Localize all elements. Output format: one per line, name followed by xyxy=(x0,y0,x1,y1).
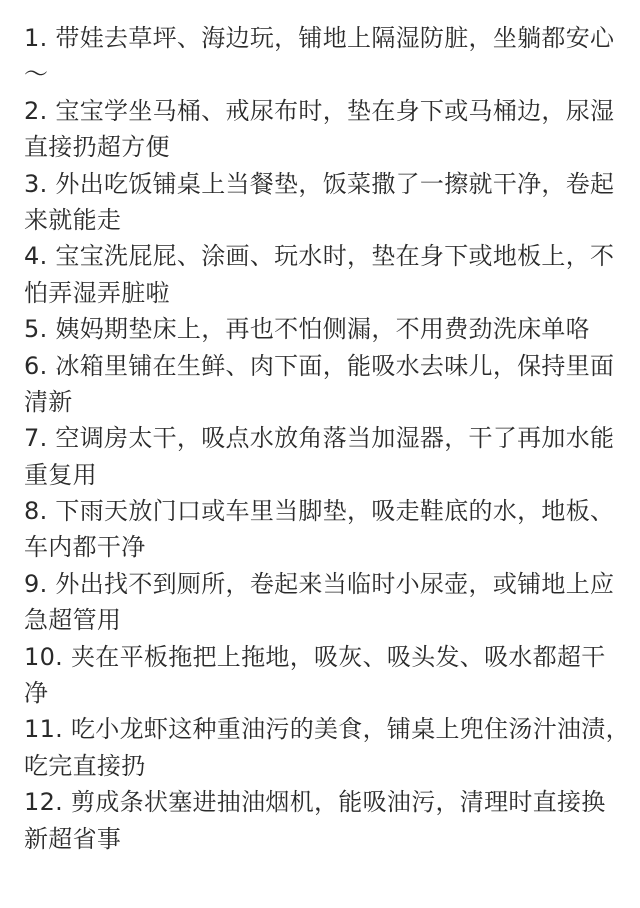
list-item-line: 2. 宝宝学坐马桶、戒尿布时，垫在身下或马桶边，尿湿 xyxy=(24,93,624,129)
list-item-line: 重复用 xyxy=(24,457,624,493)
list-item-line: 1. 带娃去草坪、海边玩，铺地上隔湿防脏，坐躺都安心 xyxy=(24,20,624,56)
list-item-1: 1. 带娃去草坪、海边玩，铺地上隔湿防脏，坐躺都安心 ～ xyxy=(24,20,624,93)
list-item-4: 4. 宝宝洗屁屁、涂画、玩水时，垫在身下或地板上，不 怕弄湿弄脏啦 xyxy=(24,238,624,311)
list-item-line: 车内都干净 xyxy=(24,529,624,565)
list-item-line: 清新 xyxy=(24,384,624,420)
list-item-line: 新超省事 xyxy=(24,821,624,857)
list-item-line: 净 xyxy=(24,675,624,711)
list-item-6: 6. 冰箱里铺在生鲜、肉下面，能吸水去味儿，保持里面 清新 xyxy=(24,348,624,421)
list-item-3: 3. 外出吃饭铺桌上当餐垫，饭菜撒了一擦就干净，卷起 来就能走 xyxy=(24,166,624,239)
list-item-7: 7. 空调房太干，吸点水放角落当加湿器，干了再加水能 重复用 xyxy=(24,420,624,493)
list-item-line: ～ xyxy=(24,56,624,92)
list-item-line: 5. 姨妈期垫床上，再也不怕侧漏，不用费劲洗床单咯 xyxy=(24,311,624,347)
list-item-line: 直接扔超方便 xyxy=(24,129,624,165)
list-item-line: 怕弄湿弄脏啦 xyxy=(24,275,624,311)
list-item-line: 12. 剪成条状塞进抽油烟机，能吸油污，清理时直接换 xyxy=(24,784,624,820)
list-item-line: 吃完直接扔 xyxy=(24,748,624,784)
list-item-line: 7. 空调房太干，吸点水放角落当加湿器，干了再加水能 xyxy=(24,420,624,456)
list-item-11: 11. 吃小龙虾这种重油污的美食，铺桌上兜住汤汁油渍， 吃完直接扔 xyxy=(24,711,624,784)
list-item-line: 11. 吃小龙虾这种重油污的美食，铺桌上兜住汤汁油渍， xyxy=(24,711,624,747)
list-item-10: 10. 夹在平板拖把上拖地，吸灰、吸头发、吸水都超干 净 xyxy=(24,639,624,712)
list-item-line: 10. 夹在平板拖把上拖地，吸灰、吸头发、吸水都超干 xyxy=(24,639,624,675)
list-item-9: 9. 外出找不到厕所，卷起来当临时小尿壶，或铺地上应 急超管用 xyxy=(24,566,624,639)
usage-tips-list: 1. 带娃去草坪、海边玩，铺地上隔湿防脏，坐躺都安心 ～ 2. 宝宝学坐马桶、戒… xyxy=(24,20,624,857)
list-item-line: 急超管用 xyxy=(24,602,624,638)
list-item-line: 3. 外出吃饭铺桌上当餐垫，饭菜撒了一擦就干净，卷起 xyxy=(24,166,624,202)
list-item-12: 12. 剪成条状塞进抽油烟机，能吸油污，清理时直接换 新超省事 xyxy=(24,784,624,857)
list-item-line: 4. 宝宝洗屁屁、涂画、玩水时，垫在身下或地板上，不 xyxy=(24,238,624,274)
list-item-line: 6. 冰箱里铺在生鲜、肉下面，能吸水去味儿，保持里面 xyxy=(24,348,624,384)
list-item-2: 2. 宝宝学坐马桶、戒尿布时，垫在身下或马桶边，尿湿 直接扔超方便 xyxy=(24,93,624,166)
list-item-line: 8. 下雨天放门口或车里当脚垫，吸走鞋底的水，地板、 xyxy=(24,493,624,529)
list-item-line: 9. 外出找不到厕所，卷起来当临时小尿壶，或铺地上应 xyxy=(24,566,624,602)
list-item-5: 5. 姨妈期垫床上，再也不怕侧漏，不用费劲洗床单咯 xyxy=(24,311,624,347)
list-item-line: 来就能走 xyxy=(24,202,624,238)
list-item-8: 8. 下雨天放门口或车里当脚垫，吸走鞋底的水，地板、 车内都干净 xyxy=(24,493,624,566)
